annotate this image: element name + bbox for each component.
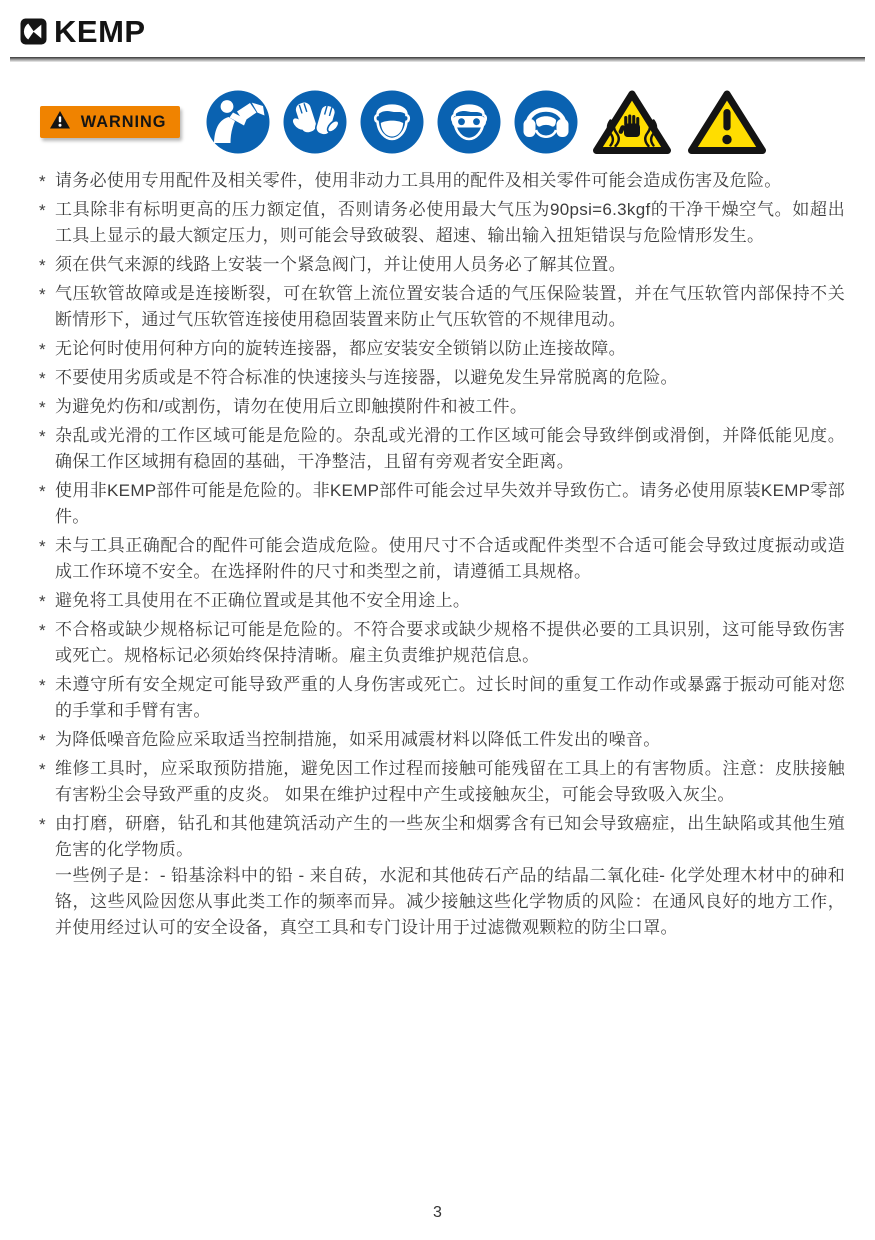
brand-name: KEMP xyxy=(54,16,146,47)
list-item: *不合格或缺少规格标记可能是危险的。不符合要求或缺少规格不提供必要的工具识别，这… xyxy=(38,617,845,669)
list-item: *杂乱或光滑的工作区域可能是危险的。杂乱或光滑的工作区域可能会导致绊倒或滑倒，并… xyxy=(38,423,845,475)
list-item: *工具除非有标明更高的压力额定值，否则请务必使用最大气压为90psi=6.3kg… xyxy=(38,197,845,249)
bullet-text: 由打磨，研磨，钻孔和其他建筑活动产生的一些灰尘和烟雾含有已知会导致癌症，出生缺陷… xyxy=(55,814,845,859)
warning-banner: WARNING xyxy=(40,106,180,138)
bullet-marker: * xyxy=(39,424,46,450)
bullet-text: 不合格或缺少规格标记可能是危险的。不符合要求或缺少规格不提供必要的工具识别，这可… xyxy=(55,620,845,665)
header: KEMP xyxy=(0,0,875,47)
bullet-text: 杂乱或光滑的工作区域可能是危险的。杂乱或光滑的工作区域可能会导致绊倒或滑倒，并降… xyxy=(55,426,845,471)
list-item: *使用非KEMP部件可能是危险的。非KEMP部件可能会过早失效并导致伤亡。请务必… xyxy=(38,478,845,530)
list-item: *未遵守所有安全规定可能导致严重的人身伤害或死亡。过长时间的重复工作动作或暴露于… xyxy=(38,672,845,724)
bullet-marker: * xyxy=(39,282,46,308)
content: *请务必使用专用配件及相关零件，使用非动力工具用的配件及相关零件可能会造成伤害及… xyxy=(0,168,875,941)
bullet-marker: * xyxy=(39,198,46,224)
bullet-text: 使用非KEMP部件可能是危险的。非KEMP部件可能会过早失效并导致伤亡。请务必使… xyxy=(55,481,845,526)
bullet-marker: * xyxy=(39,757,46,783)
bullet-marker: * xyxy=(39,673,46,699)
list-item: *为降低噪音危险应采取适当控制措施，如采用减震材料以降低工件发出的噪音。 xyxy=(38,727,845,753)
bullet-text: 为避免灼伤和/或割伤，请勿在使用后立即触摸附件和被工件。 xyxy=(55,397,527,416)
wear-eye-protection-icon xyxy=(437,90,501,154)
bullet-marker: * xyxy=(39,169,46,195)
bullet-marker: * xyxy=(39,366,46,392)
bullet-text: 不要使用劣质或是不符合标准的快速接头与连接器，以避免发生异常脱离的危险。 xyxy=(55,368,678,387)
bullet-marker: * xyxy=(39,812,46,838)
bullet-marker: * xyxy=(39,395,46,421)
bullet-text: 无论何时使用何种方向的旋转连接器，都应安装安全锁销以防止连接故障。 xyxy=(55,339,626,358)
wear-gloves-icon xyxy=(283,90,347,154)
list-item: *无论何时使用何种方向的旋转连接器，都应安装安全锁销以防止连接故障。 xyxy=(38,336,845,362)
vibration-hazard-icon xyxy=(591,88,673,156)
bullet-continuation: 一些例子是：- 铅基涂料中的铅 - 来自砖，水泥和其他砖石产品的结晶二氧化硅- … xyxy=(55,863,845,941)
bullet-text: 未与工具正确配合的配件可能会造成危险。使用尺寸不合适或配件类型不合适可能会导致过… xyxy=(55,536,845,581)
bullet-text: 为降低噪音危险应采取适当控制措施，如采用减震材料以降低工件发出的噪音。 xyxy=(55,730,661,749)
list-item: *须在供气来源的线路上安装一个紧急阀门，并让使用人员务必了解其位置。 xyxy=(38,252,845,278)
list-item: *为避免灼伤和/或割伤，请勿在使用后立即触摸附件和被工件。 xyxy=(38,394,845,420)
bullet-marker: * xyxy=(39,253,46,279)
bullet-marker: * xyxy=(39,618,46,644)
warning-row: WARNING xyxy=(40,88,875,156)
bullet-text: 须在供气来源的线路上安装一个紧急阀门，并让使用人员务必了解其位置。 xyxy=(55,255,626,274)
bullet-text: 请务必使用专用配件及相关零件，使用非动力工具用的配件及相关零件可能会造成伤害及危… xyxy=(55,171,782,190)
bullet-text: 未遵守所有安全规定可能导致严重的人身伤害或死亡。过长时间的重复工作动作或暴露于振… xyxy=(55,675,845,720)
list-item: *避免将工具使用在不正确位置或是其他不安全用途上。 xyxy=(38,588,845,614)
list-item: *未与工具正确配合的配件可能会造成危险。使用尺寸不合适或配件类型不合适可能会导致… xyxy=(38,533,845,585)
manual-page: KEMP WARNING xyxy=(0,0,875,1240)
bullet-marker: * xyxy=(39,589,46,615)
list-item: *维修工具时，应采取预防措施，避免因工作过程而接触可能残留在工具上的有害物质。注… xyxy=(38,756,845,808)
warning-label: WARNING xyxy=(81,112,167,132)
list-item: *由打磨，研磨，钻孔和其他建筑活动产生的一些灰尘和烟雾含有已知会导致癌症，出生缺… xyxy=(38,811,845,941)
bullet-text: 工具除非有标明更高的压力额定值，否则请务必使用最大气压为90psi=6.3kgf… xyxy=(55,200,845,245)
bullet-marker: * xyxy=(39,479,46,505)
bullet-marker: * xyxy=(39,534,46,560)
bullet-text: 气压软管故障或是连接断裂，可在软管上流位置安装合适的气压保险装置，并在气压软管内… xyxy=(55,284,845,329)
bullet-marker: * xyxy=(39,728,46,754)
header-divider xyxy=(10,57,865,62)
bullet-text: 避免将工具使用在不正确位置或是其他不安全用途上。 xyxy=(55,591,470,610)
wear-face-mask-icon xyxy=(360,90,424,154)
list-item: *气压软管故障或是连接断裂，可在软管上流位置安装合适的气压保险装置，并在气压软管… xyxy=(38,281,845,333)
safety-list: *请务必使用专用配件及相关零件，使用非动力工具用的配件及相关零件可能会造成伤害及… xyxy=(38,168,845,941)
bullet-marker: * xyxy=(39,337,46,363)
general-warning-icon xyxy=(686,88,768,156)
warning-triangle-icon xyxy=(49,110,71,135)
read-manual-icon xyxy=(206,90,270,154)
list-item: *不要使用劣质或是不符合标准的快速接头与连接器，以避免发生异常脱离的危险。 xyxy=(38,365,845,391)
safety-icon-strip xyxy=(206,88,768,156)
list-item: *请务必使用专用配件及相关零件，使用非动力工具用的配件及相关零件可能会造成伤害及… xyxy=(38,168,845,194)
wear-ear-protection-icon xyxy=(514,90,578,154)
kemp-logo-icon xyxy=(20,18,47,45)
page-number: 3 xyxy=(0,1204,875,1222)
bullet-text: 维修工具时，应采取预防措施，避免因工作过程而接触可能残留在工具上的有害物质。注意… xyxy=(55,759,845,804)
